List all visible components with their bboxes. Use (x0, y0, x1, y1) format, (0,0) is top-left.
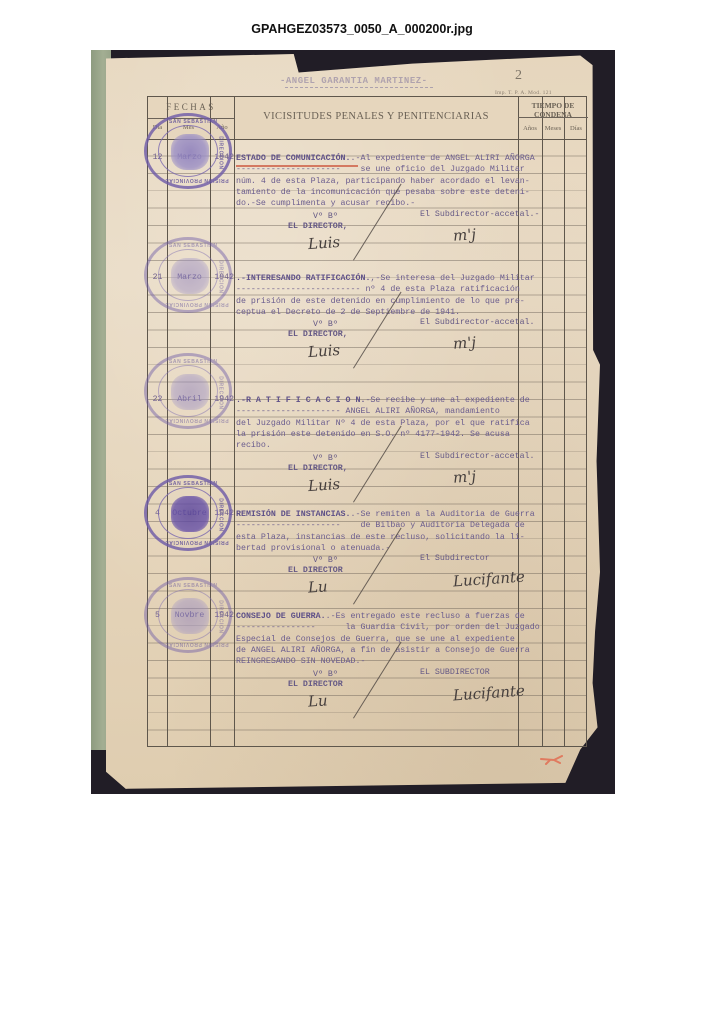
stamp-emblem (171, 598, 209, 634)
entry-line: bertad provisional o atenuada.- (236, 544, 390, 553)
stamp-text-top: SAN SEBASTIAN (169, 359, 218, 365)
entry-line: ---------------- la Guardia Civil, por o… (236, 623, 540, 632)
entry-line: esta Plaza, instancias de este recluso, … (236, 533, 525, 542)
red-underline (236, 165, 358, 167)
subdirector-signature: m'j (452, 225, 476, 245)
prison-stamp: SAN SEBASTIANPRISION PROVINCIALDIRECCION (144, 475, 232, 551)
faded-typed-heading: -ANGEL GARANTIA MARTINEZ- (280, 76, 428, 86)
director-signature: Luis (307, 341, 340, 361)
entry-line: la prisión este detenido en S.O. nº 4177… (236, 430, 510, 439)
stamp-emblem (171, 374, 209, 410)
vicissitudes-table: FECHAS Día Mes Año VICISITUDES PENALES Y… (147, 96, 587, 747)
entry-title: CONSEJO DE GUERRA. (236, 612, 326, 621)
entry-text: ESTADO DE COMUNICACIÓN..-Al expediente d… (236, 153, 518, 209)
file-title: GPAHGEZ03573_0050_A_000200r.jpg (0, 22, 724, 36)
director-signature: Luis (307, 232, 340, 252)
approval-mark: Vº Bº (313, 556, 338, 565)
stamp-text-top: SAN SEBASTIAN (169, 481, 218, 487)
subdirector-signature: m'j (452, 467, 476, 487)
subdirector-label: El Subdirector-accetal.- (420, 210, 540, 219)
entry-text: CONSEJO DE GUERRA..-Es entregado este re… (236, 611, 518, 667)
entry-line: de ANGEL ALIRI AÑORGA, a fin de asistir … (236, 646, 530, 655)
prison-stamp: SAN SEBASTIANPRISION PROVINCIALDIRECCION (144, 353, 232, 429)
entry-line: de prisión de este detenido en cumplimie… (236, 297, 525, 306)
entry-line: .-Es entregado este recluso a fuerzas de (326, 612, 525, 621)
column-divider (542, 97, 543, 746)
director-label: EL DIRECTOR, (288, 330, 348, 339)
entry-line: tamiento de la incomunicación que pesaba… (236, 188, 530, 197)
stamp-emblem (171, 134, 209, 170)
subdirector-label: EL SUBDIRECTOR (420, 668, 490, 677)
director-label: EL DIRECTOR, (288, 222, 348, 231)
column-divider (564, 97, 565, 746)
stamp-text-bottom: PRISION PROVINCIAL (165, 301, 229, 307)
stamp-text-top: SAN SEBASTIAN (169, 243, 218, 249)
stamp-text-side: DIRECCION (217, 260, 223, 293)
entry-line: .-Se remiten a la Auditoria de Guerra (351, 510, 535, 519)
prison-stamp: SAN SEBASTIANPRISION PROVINCIALDIRECCION (144, 237, 232, 313)
stamp-text-side: DIRECCION (217, 136, 223, 169)
stamp-text-bottom: PRISION PROVINCIAL (165, 539, 229, 545)
director-signature: Lu (307, 578, 328, 597)
entry-line: -Se recibe y une al expediente de (365, 396, 529, 405)
stamp-text-bottom: PRISION PROVINCIAL (165, 177, 229, 183)
director-label: EL DIRECTOR (288, 680, 343, 689)
entry-line: .-Al expediente de ANGEL ALIRI AÑORGA (351, 154, 535, 163)
entry-text: .-R A T I F I C A C I O N.-Se recibe y u… (236, 395, 518, 451)
header-meses: Meses (542, 125, 564, 132)
subdirector-label: El Subdirector-accetal. (420, 318, 535, 327)
entry-line: ceptua el Decreto de 2 de Septiembre de … (236, 308, 460, 317)
director-label: EL DIRECTOR, (288, 464, 348, 473)
stamp-emblem (171, 496, 209, 532)
entry-line: recibo. (236, 441, 271, 450)
header-fechas: FECHAS (148, 102, 234, 112)
heading-underline (285, 87, 433, 88)
stamp-text-bottom: PRISION PROVINCIAL (165, 417, 229, 423)
director-signature: Lu (307, 691, 328, 710)
header-anos: Años (518, 125, 542, 132)
stamp-text-top: SAN SEBASTIAN (169, 119, 218, 125)
director-label: EL DIRECTOR (288, 566, 343, 575)
entry-line: núm. 4 de esta Plaza, participando haber… (236, 177, 530, 186)
entry-line: --------------------- ANGEL ALIRI AÑORGA… (236, 407, 500, 416)
column-divider (234, 97, 235, 746)
approval-mark: Vº Bº (313, 320, 338, 329)
header-vicissitudes: VICISITUDES PENALES Y PENITENCIARIAS (234, 111, 518, 122)
entry-title: .-INTERESANDO RATIFICACIÓN. (236, 274, 370, 283)
entry-line: del Juzgado Militar Nº 4 de esta Plaza, … (236, 419, 530, 428)
entry-line: ------------------------- nº 4 de esta P… (236, 285, 520, 294)
approval-mark: Vº Bº (313, 454, 338, 463)
director-signature: Luis (307, 474, 340, 494)
entry-line: Especial de Consejos de Guerra, que se u… (236, 635, 515, 644)
stamp-text-side: DIRECCION (217, 376, 223, 409)
header-dias: Días (564, 125, 588, 132)
subdirector-signature: m'j (452, 333, 476, 353)
entry-title: ESTADO DE COMUNICACIÓN. (236, 154, 351, 163)
red-pencil-mark (540, 755, 564, 765)
entry-text: REMISIÓN DE INSTANCIAS..-Se remiten a la… (236, 509, 518, 554)
subdirector-signature: Lucifante (452, 568, 525, 591)
stamp-emblem (171, 258, 209, 294)
entry-line: --------------------- de Bilbao y Audito… (236, 521, 525, 530)
prison-stamp: SAN SEBASTIANPRISION PROVINCIALDIRECCION (144, 113, 232, 189)
subdirector-label: El Subdirector-accetal. (420, 452, 535, 461)
header-divider (518, 117, 588, 118)
subdirector-label: El Subdirector (420, 554, 490, 563)
stamp-text-bottom: PRISION PROVINCIAL (165, 641, 229, 647)
page-number: 2 (515, 68, 522, 84)
approval-mark: Vº Bº (313, 670, 338, 679)
entry-line: REINGRESANDO SIN NOVEDAD.- (236, 657, 365, 666)
entry-line: ,-Se interesa del Juzgado Militar (370, 274, 534, 283)
stamp-text-side: DIRECCION (217, 600, 223, 633)
subdirector-signature: Lucifante (452, 681, 525, 704)
approval-mark: Vº Bº (313, 212, 338, 221)
stamp-text-top: SAN SEBASTIAN (169, 583, 218, 589)
prison-stamp: SAN SEBASTIANPRISION PROVINCIALDIRECCION (144, 577, 232, 653)
stamp-text-side: DIRECCION (217, 498, 223, 531)
entry-text: .-INTERESANDO RATIFICACIÓN.,-Se interesa… (236, 273, 518, 318)
entry-title: REMISIÓN DE INSTANCIAS. (236, 510, 351, 519)
entry-title: .-R A T I F I C A C I O N. (236, 396, 365, 405)
